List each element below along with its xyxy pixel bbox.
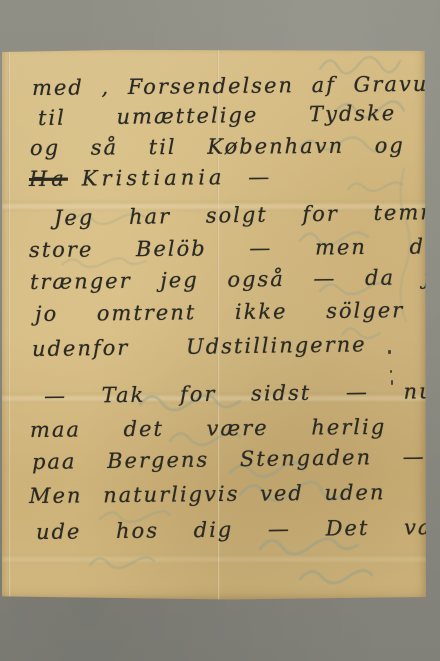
ink-speck — [388, 350, 391, 354]
handwriting-text: til umættelige Tydske — [38, 101, 397, 130]
handwriting-text: jo omtrent ikke sölger — [35, 298, 404, 326]
handwriting-line: — Tak for sidst — nu — — [44, 378, 440, 409]
handwriting-text: Jeg har solgt for temmelig — [54, 199, 440, 230]
handwriting-text: udenfor Udstillingerne — [32, 332, 367, 361]
handwriting-line: store Belöb — men det — [29, 233, 440, 263]
struck-word: Ha — [29, 167, 68, 191]
ink-speck — [391, 380, 393, 385]
handwriting-text: — Tak for sidst — nu — — [44, 379, 440, 408]
handwriting-text: Men naturligvis ved uden — [29, 480, 386, 508]
handwriting-text: maa det være herlig — [30, 415, 386, 442]
handwriting-text: med , Forsendelsen af Gravurer — [32, 71, 440, 100]
handwriting-text: Kristiania — — [82, 165, 274, 191]
handwriting-line: trænger jeg også — da jeg — [30, 264, 440, 295]
handwriting-line: jo omtrent ikke sölger — [35, 297, 405, 327]
handwriting-line: HaKristiania — — [29, 164, 273, 192]
handwriting-line: maa det være herlig — [30, 414, 386, 443]
photo-background: med , Forsendelsen af Gravurer til umætt… — [0, 0, 440, 661]
handwriting-text: paa Bergens Stengaden — — [32, 445, 426, 474]
handwriting-text: store Belöb — men det — [29, 234, 440, 262]
handwriting-line: Men naturligvis ved uden — [29, 479, 386, 509]
handwriting-text: trænger jeg også — da jeg — [30, 265, 440, 294]
handwriting-line: udenfor Udstillingerne — [32, 331, 367, 362]
handwriting-line: paa Bergens Stengaden — — [32, 444, 426, 475]
handwriting-text: ude hos dig — Det var — [36, 515, 440, 544]
handwriting-line: til umættelige Tydske — [38, 100, 397, 131]
handwriting-line: med , Forsendelsen af Gravurer — [32, 70, 440, 101]
handwriting-text: og så til København og — [30, 133, 405, 160]
handwriting-line: og så til København og — [30, 132, 405, 161]
letter-paper: med , Forsendelsen af Gravurer til umætt… — [2, 49, 426, 600]
handwriting-line: ude hos dig — Det var — [36, 514, 440, 545]
ink-speck — [390, 370, 392, 373]
